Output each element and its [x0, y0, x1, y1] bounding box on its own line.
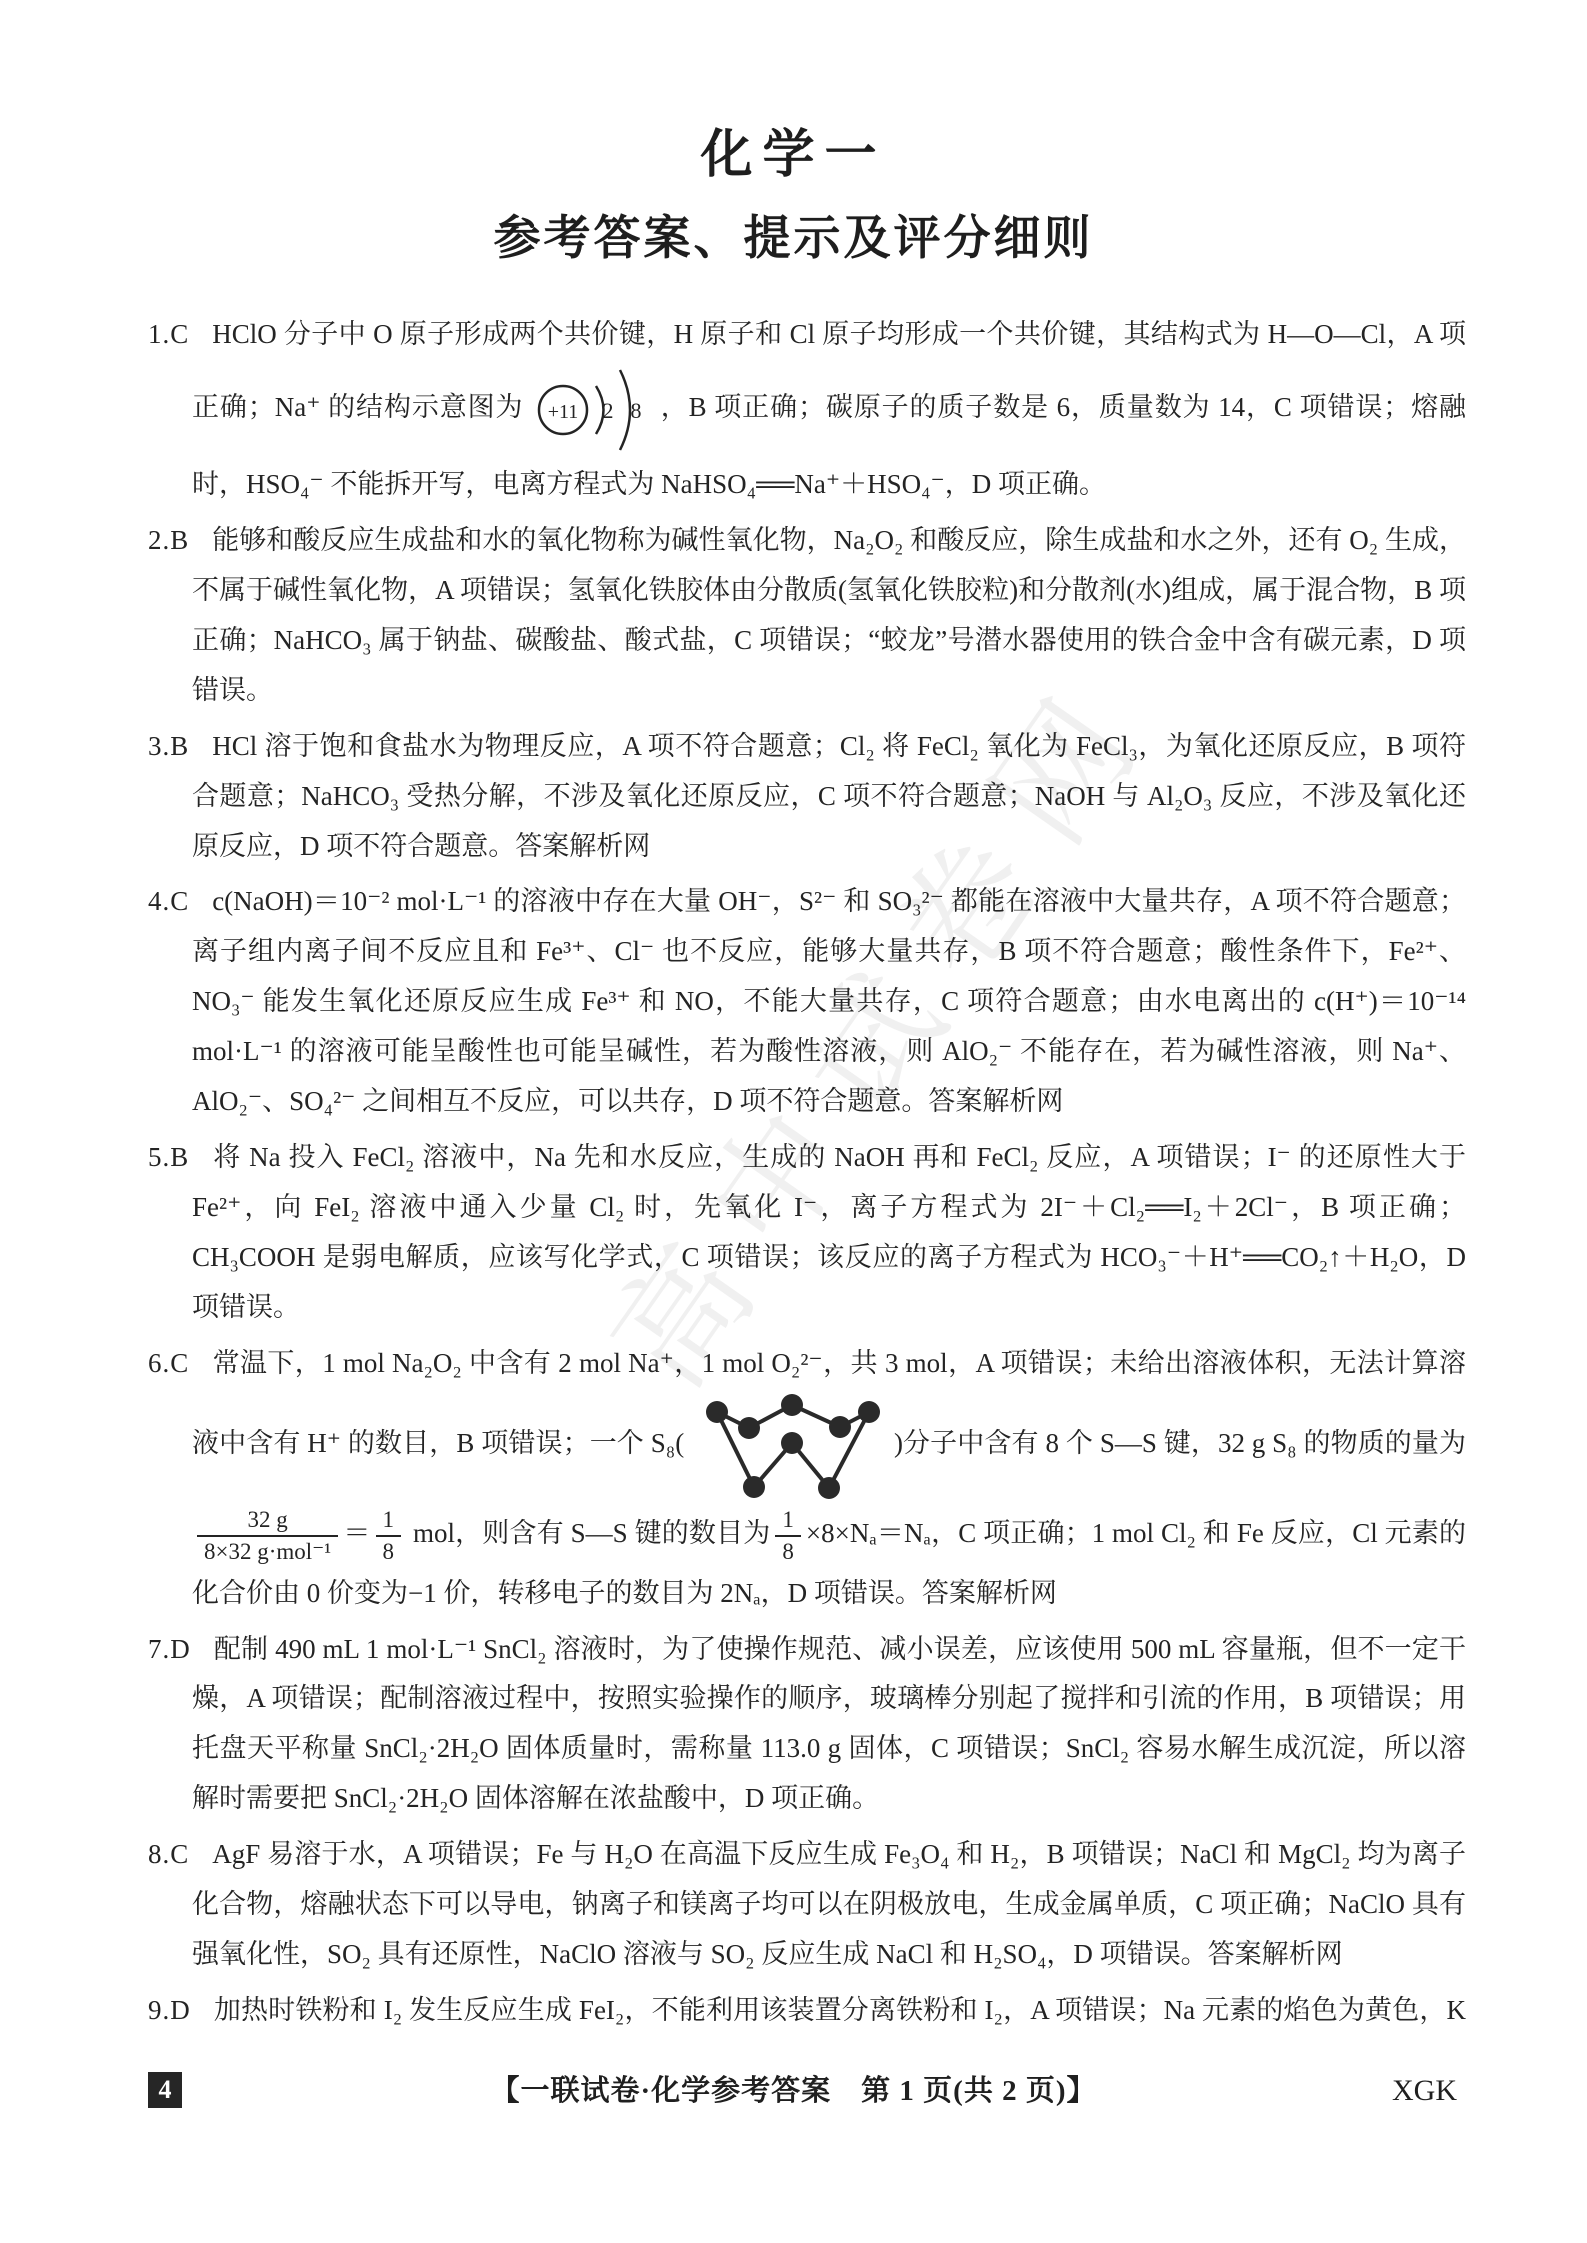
svg-text:8: 8 [631, 398, 642, 423]
na-ion-structure-diagram: +11 2 8 [534, 360, 650, 460]
item-number-and-answer: 2.B [148, 525, 189, 555]
page-footer: 4 【一联试卷·化学参考答案 第 1 页(共 2 页)】 XGK [100, 2066, 1487, 2116]
page-title: 参考答案、提示及评分细则 [0, 201, 1587, 268]
svg-text:+11: +11 [548, 401, 579, 423]
footer-code: XGK [1392, 2066, 1457, 2116]
answer-item: 2.B能够和酸反应生成盐和水的氧化物称为碱性氧化物，Na₂O₂ 和酸反应，除生成… [148, 516, 1466, 716]
answer-item: 9.D加热时铁粉和 I₂ 发生反应生成 FeI₂，不能利用该装置分离铁粉和 I₂… [148, 1986, 1466, 2030]
answer-item: 3.BHCl 溶于饱和食盐水为物理反应，A 项不符合题意；Cl₂ 将 FeCl₂… [148, 722, 1466, 872]
item-number-and-answer: 6.C [148, 1348, 189, 1378]
answers-list: 1.CHClO 分子中 O 原子形成两个共价键，H 原子和 Cl 原子均形成一个… [148, 310, 1466, 2030]
exam-answer-page: 高中试卷网 化学一 参考答案、提示及评分细则 1.CHClO 分子中 O 原子形… [0, 0, 1587, 2243]
fraction: 18 [376, 1505, 402, 1567]
s8-molecule-diagram [694, 1389, 884, 1503]
answer-item: 6.C常温下，1 mol Na₂O₂ 中含有 2 mol Na⁺，1 mol O… [148, 1339, 1466, 1619]
item-number-and-answer: 7.D [148, 1634, 191, 1664]
item-number-and-answer: 1.C [148, 319, 189, 349]
fraction: 18 [775, 1505, 801, 1567]
answer-item: 7.D配制 490 mL 1 mol·L⁻¹ SnCl₂ 溶液时，为了使操作规范… [148, 1625, 1466, 1825]
footer-caption: 【一联试卷·化学参考答案 第 1 页(共 2 页)】 [100, 2066, 1487, 2116]
answer-item: 8.CAgF 易溶于水，A 项错误；Fe 与 H₂O 在高温下反应生成 Fe₃O… [148, 1830, 1466, 1980]
item-number-and-answer: 5.B [148, 1142, 189, 1172]
item-number-and-answer: 3.B [148, 731, 189, 761]
answer-item: 1.CHClO 分子中 O 原子形成两个共价键，H 原子和 Cl 原子均形成一个… [148, 310, 1466, 510]
svg-text:2: 2 [603, 398, 614, 423]
item-number-and-answer: 4.C [148, 886, 189, 916]
issue-number-box: 4 [148, 2072, 182, 2108]
subject-title: 化学一 [0, 112, 1587, 187]
item-number-and-answer: 8.C [148, 1839, 189, 1869]
fraction: 32 g8×32 g·mol⁻¹ [197, 1505, 338, 1567]
item-number-and-answer: 9.D [148, 1995, 191, 2025]
answer-item: 5.B将 Na 投入 FeCl₂ 溶液中，Na 先和水反应，生成的 NaOH 再… [148, 1133, 1466, 1333]
answer-item: 4.Cc(NaOH)＝10⁻² mol·L⁻¹ 的溶液中存在大量 OH⁻，S²⁻… [148, 877, 1466, 1127]
